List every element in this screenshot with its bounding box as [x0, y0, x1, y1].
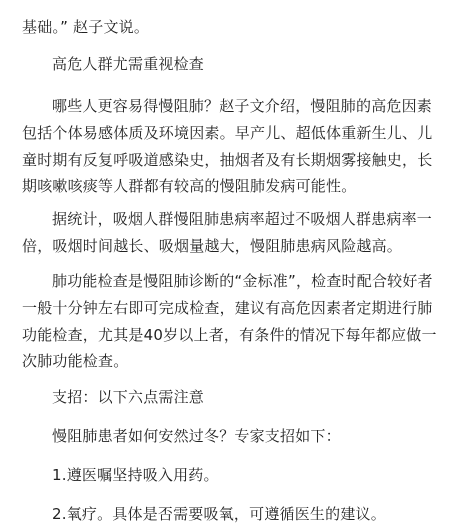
tip-item: 1.遵医嘱坚持吸入用药。 [22, 462, 219, 489]
paragraph-lung-function-test: 肺功能检查是慢阻肺诊断的“金标准”，检查时配合较好者一般十分钟左右即可完成检查，… [22, 268, 442, 375]
paragraph-high-risk: 哪些人更容易得慢阻肺？赵子文介绍，慢阻肺的高危因素包括个体易感体质及环境因素。早… [22, 93, 442, 200]
tips-intro: 慢阻肺患者如何安然过冬？专家支招如下： [22, 423, 341, 450]
intro-tail-text: 基础。” 赵子文说。 [22, 14, 149, 41]
tips-heading: 支招：以下六点需注意 [22, 384, 204, 411]
section-heading: 高危人群尤需重视检查 [22, 51, 204, 78]
paragraph-statistics: 据统计，吸烟人群慢阻肺患病率超过不吸烟人群患病率一倍，吸烟时间越长、吸烟量越大，… [22, 206, 442, 260]
tip-item: 2.氧疗。具体是否需要吸氧，可遵循医生的建议。 [22, 501, 386, 528]
